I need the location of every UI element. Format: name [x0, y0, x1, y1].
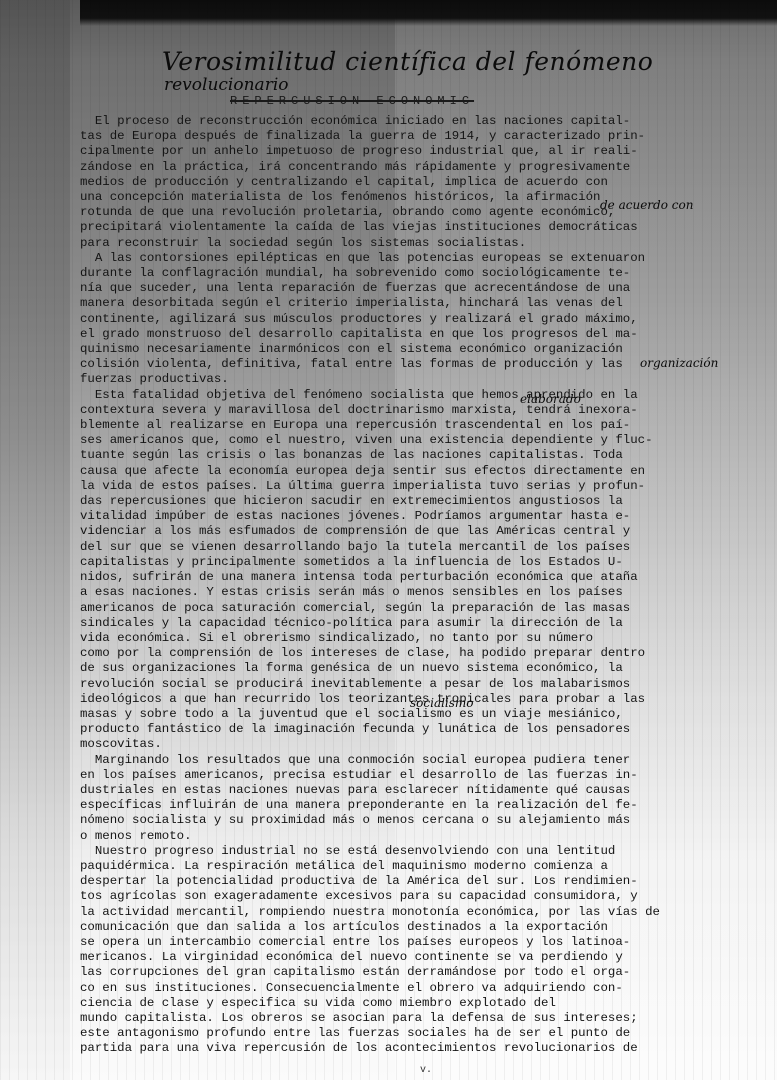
text-line: cipalmente por un anhelo impetuoso de pr…	[80, 144, 760, 159]
text-line: nidos, sufrirán de una manera intensa to…	[80, 570, 760, 585]
text-line: como por la comprensión de los intereses…	[80, 646, 760, 661]
paragraph: Marginando los resultados que una conmoc…	[80, 753, 760, 844]
text-line: quinismo necesariamente inarmónicos con …	[80, 342, 760, 357]
text-line: fuerzas productivas.	[80, 372, 760, 387]
text-line: ciencia de clase y especifica su vida co…	[80, 996, 760, 1011]
text-line: o menos remoto.	[80, 829, 760, 844]
text-line: de sus organizaciones la forma genésica …	[80, 661, 760, 676]
text-line: en los países americanos, precisa estudi…	[80, 768, 760, 783]
text-line: tos agrícolas son exageradamente excesiv…	[80, 889, 760, 904]
text-line: ses americanos que, como el nuestro, viv…	[80, 433, 760, 448]
text-line: videnciar a los más esfumados de compren…	[80, 524, 760, 539]
text-line: se opera un intercambio comercial entre …	[80, 935, 760, 950]
text-line: mundo capitalista. Los obreros se asocia…	[80, 1011, 760, 1026]
text-line: contextura severa y maravillosa del doct…	[80, 403, 760, 418]
text-line: manera desorbitada según el criterio imp…	[80, 296, 760, 311]
handwritten-title: Verosimilitud científica del fenómeno	[162, 48, 760, 76]
text-line: la actividad mercantil, rompiendo nuestr…	[80, 905, 760, 920]
text-line: el grado monstruoso del desarrollo capit…	[80, 327, 760, 342]
text-line: a esas naciones. Y estas crisis serán má…	[80, 585, 760, 600]
text-line: zándose en la práctica, irá concentrando…	[80, 160, 760, 175]
text-line: causa que afecte la economía europea dej…	[80, 464, 760, 479]
scan-shadow-left	[0, 0, 70, 1080]
document-body: El proceso de reconstrucción económica i…	[80, 114, 760, 1057]
handwritten-subtitle: revolucionario	[164, 76, 760, 94]
text-line: partida para una viva repercusión de los…	[80, 1041, 760, 1056]
text-line: Nuestro progreso industrial no se está d…	[80, 844, 760, 859]
text-line: capitalistas y principalmente sometidos …	[80, 555, 760, 570]
paragraph: Nuestro progreso industrial no se está d…	[80, 844, 760, 1057]
text-line: vitalidad impúber de estas naciones jóve…	[80, 509, 760, 524]
text-line: tuante según las crisis o las bonanzas d…	[80, 448, 760, 463]
text-line: del sur que se vienen desarrollando bajo…	[80, 540, 760, 555]
text-line: dustriales en estas naciones nuevas para…	[80, 783, 760, 798]
text-line: blemente al realizarse en Europa una rep…	[80, 418, 760, 433]
text-line: El proceso de reconstrucción económica i…	[80, 114, 760, 129]
text-line: la vida de estos países. La última guerr…	[80, 479, 760, 494]
text-line: producto fantástico de la imaginación fe…	[80, 722, 760, 737]
text-line: específicas influirán de una manera prep…	[80, 798, 760, 813]
margin-note: de acuerdo con	[600, 198, 693, 212]
typewritten-page: Verosimilitud científica del fenómeno re…	[80, 48, 760, 1057]
margin-note: socialismo	[410, 696, 474, 710]
struck-heading: REPERCUSION ECONOMIC	[230, 94, 760, 108]
text-line: americanos de poca saturación comercial,…	[80, 601, 760, 616]
paragraph: El proceso de reconstrucción económica i…	[80, 114, 760, 251]
text-line: moscovitas.	[80, 737, 760, 752]
text-line: das repercusiones que hicieron sacudir e…	[80, 494, 760, 509]
text-line: paquidérmica. La respiración metálica de…	[80, 859, 760, 874]
text-line: las corrupciones del gran capitalismo es…	[80, 965, 760, 980]
text-line: nía que suceder, una lenta reparación de…	[80, 281, 760, 296]
text-line: para reconstruir la sociedad según los s…	[80, 236, 760, 251]
text-line: durante la conflagración mundial, ha sob…	[80, 266, 760, 281]
page-mark: v.	[420, 1065, 432, 1076]
text-line: nómeno socialista y su proximidad más o …	[80, 813, 760, 828]
margin-note: organización	[640, 356, 718, 370]
text-line: tas de Europa después de finalizada la g…	[80, 129, 760, 144]
text-line: despertar la potencialidad productiva de…	[80, 874, 760, 889]
text-line: revolución social se producirá inevitabl…	[80, 677, 760, 692]
text-line: medios de producción y centralizando el …	[80, 175, 760, 190]
text-line: precipitará violentamente la caída de la…	[80, 220, 760, 235]
scan-dark-top-band	[80, 0, 777, 26]
text-line: Marginando los resultados que una conmoc…	[80, 753, 760, 768]
margin-note: elaborado	[520, 392, 581, 406]
text-line: A las contorsiones epilépticas en que la…	[80, 251, 760, 266]
text-line: mericanos. La virginidad económica del n…	[80, 950, 760, 965]
text-line: este antagonismo profundo entre las fuer…	[80, 1026, 760, 1041]
text-line: vida económica. Si el obrerismo sindical…	[80, 631, 760, 646]
text-line: Esta fatalidad objetiva del fenómeno soc…	[80, 388, 760, 403]
text-line: comunicación que dan salida a los artícu…	[80, 920, 760, 935]
text-line: sindicales y la capacidad técnico-políti…	[80, 616, 760, 631]
text-line: continente, agilizará sus músculos produ…	[80, 312, 760, 327]
text-line: co en sus instituciones. Consecuencialme…	[80, 981, 760, 996]
